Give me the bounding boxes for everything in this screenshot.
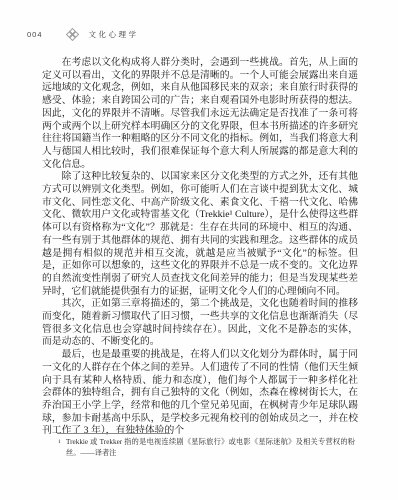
paragraph-2: 除了这种比较复杂的、以国家来区分文化类型的方式之外，还有其他方式可以辨别文化类型… [42, 171, 358, 298]
paragraph-3: 其次，正如第三章将描述的，第二个挑战是，文化也随着时间的推移而变化，随着新习惯取… [42, 298, 358, 349]
footnote-text: 1Trekkie 或 Trekker 指的是电视连续剧《星际旅行》或电影《星际迷… [57, 437, 355, 458]
book-page: 004 文化心理学 在考虑以文化构成将人群分类时，会遇到一些挑战。首先，从上面的… [0, 0, 398, 500]
paragraph-1: 在考虑以文化构成将人群分类时，会遇到一些挑战。首先，从上面的定义可以看出，文化的… [42, 57, 358, 171]
running-head-book-title: 文化心理学 [89, 29, 139, 40]
body-text-block: 在考虑以文化构成将人群分类时，会遇到一些挑战。首先，从上面的定义可以看出，文化的… [42, 57, 358, 438]
page-header: 004 文化心理学 [27, 28, 139, 41]
paragraph-4: 最后，也是最重要的挑战是，在将人们以文化划分为群体时，属于同一文化的人群存在个体… [42, 349, 358, 438]
footnote-body: Trekkie 或 Trekker 指的是电视连续剧《星际旅行》或电影《星际迷航… [66, 438, 355, 457]
clover-diamond-ornament-icon [66, 28, 79, 41]
footnote-divider [57, 433, 170, 434]
page-number: 004 [27, 30, 43, 39]
footnote-marker: 1 [58, 437, 61, 448]
footnote-block: 1Trekkie 或 Trekker 指的是电视连续剧《星际旅行》或电影《星际迷… [57, 433, 355, 458]
